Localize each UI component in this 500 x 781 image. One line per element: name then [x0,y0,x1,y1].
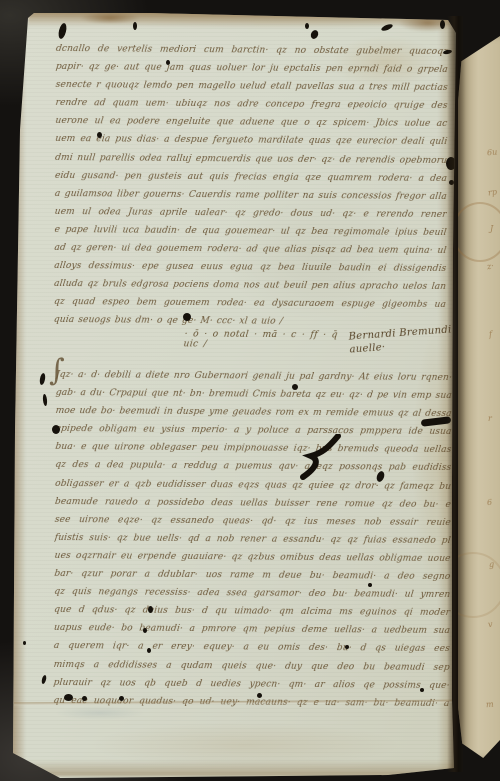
showthrough-mark: g [489,560,495,569]
text-block-lower: Jqz· a· d· debili a diete nro Gubernaori… [53,366,452,713]
ink-blot [381,23,394,32]
manuscript-page: dcnallo de vertelis mediori cum barctin·… [0,0,500,781]
photo-background: dcnallo de vertelis mediori cum barctin·… [0,0,500,781]
ink-blot [368,583,372,587]
showthrough-mark: r [488,414,492,423]
ink-blot [305,23,309,29]
ink-blot [147,648,151,653]
ink-blot [64,694,73,701]
showthrough-mark: 6 [487,498,493,507]
ink-blot [97,132,102,138]
ink-blot [82,696,87,701]
ink-blot [52,425,60,434]
ink-blot [148,606,153,613]
adjacent-page-edge: 6urpJz·fr6gvm [458,36,500,758]
showthrough-mark: z· [486,261,494,271]
ink-blot [41,675,47,685]
burn-spot-top-left [80,12,140,24]
ink-stroke-cancellation [298,434,352,482]
ink-blot [292,384,298,390]
ink-blot [166,60,170,65]
ink-blot [143,628,147,633]
showthrough-mark: rp [487,187,497,197]
showthrough-mark: J [490,224,493,233]
showthrough-mark: v [487,620,493,630]
ink-blot [42,394,47,406]
showthrough-mark: 6u [487,148,498,158]
showthrough-mark: f [489,330,493,339]
ink-blot [23,641,26,645]
paper-stain [90,722,400,768]
ink-blot [183,313,191,321]
ink-blot [133,22,137,30]
ink-blot [39,373,46,386]
ink-blot [309,29,319,40]
ink-blot [119,696,124,701]
ink-blot [345,645,349,649]
ink-blot [57,22,68,39]
ink-blot [440,20,445,29]
ring-stain [458,202,500,262]
section-heading: · ō · o notal · mā · c · ff · q̄ uic / [183,329,355,350]
page-edge-burn-top [28,11,458,27]
text-block-upper: dcnallo de vertelis mediori cum barctin·… [54,40,448,333]
showthrough-mark: m [486,700,494,710]
page-edge-burn-left [10,13,26,775]
manuscript-text-line: a querem iqr· a er erey· equey· a eu omi… [53,637,451,658]
ink-blot [257,693,262,698]
ink-blot [420,688,424,692]
page-edge-burn-bottom [12,760,454,776]
